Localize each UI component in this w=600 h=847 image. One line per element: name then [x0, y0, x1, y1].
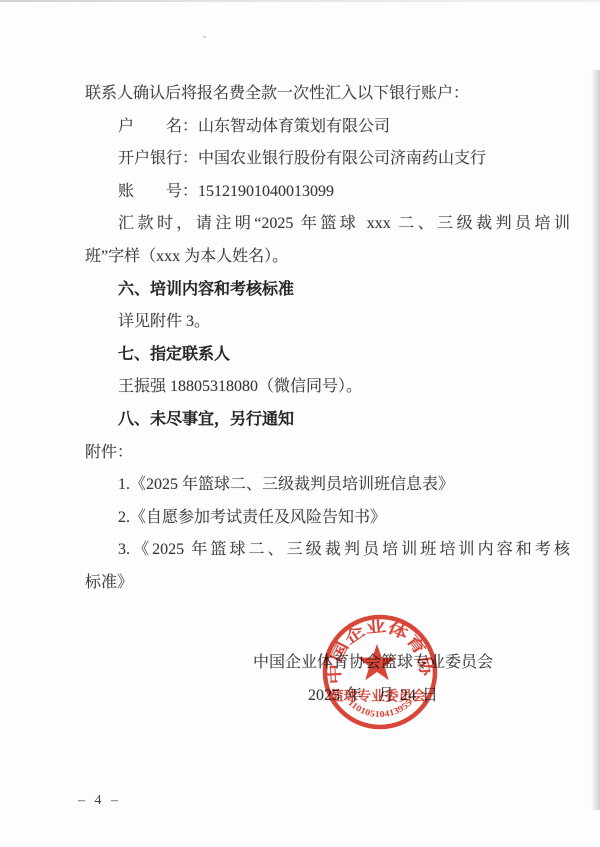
- attachment-item-1: 1.《2025 年篮球二、三级裁判员培训班信息表》: [85, 469, 570, 502]
- bank-transfer-intro: 联系人确认后将报名费全款一次性汇入以下银行账户：: [85, 78, 570, 111]
- page-number: – 4 –: [78, 793, 121, 809]
- bank-name-line: 开户银行：中国农业银行股份有限公司济南药山支行: [85, 143, 570, 176]
- account-number-line: 账 号：15121901040013099: [85, 176, 570, 209]
- scan-right-edge-artifact: [591, 70, 600, 810]
- account-name-line: 户 名：山东智动体育策划有限公司: [85, 111, 570, 144]
- attachment-item-3-line-1: 3.《2025 年篮球二、三级裁判员培训班培训内容和考核: [85, 534, 570, 567]
- remark-line-2: 班”字样（xxx 为本人姓名）。: [85, 241, 570, 274]
- remark-line-1: 汇款时，请注明“2025 年篮球 xxx 二、三级裁判员培训: [85, 208, 570, 241]
- attachment-item-2: 2.《自愿参加考试责任及风险告知书》: [85, 502, 570, 535]
- document-body: 联系人确认后将报名费全款一次性汇入以下银行账户： 户 名：山东智动体育策划有限公…: [85, 78, 570, 600]
- attachments-label: 附件：: [85, 437, 570, 470]
- contact-line: 王振强 18805318080（微信同号）。: [85, 371, 570, 404]
- section-8-heading: 八、未尽事宜，另行通知: [85, 404, 570, 437]
- scanned-document-page: 联系人确认后将报名费全款一次性汇入以下银行账户： 户 名：山东智动体育策划有限公…: [0, 0, 600, 847]
- seal-star-icon: [358, 644, 396, 680]
- seal-inner-text: 篮球专业委员会: [330, 688, 427, 704]
- official-seal: 中国企业体育协会 篮球专业委员会 11010510413955: [320, 612, 440, 732]
- scan-top-edge-artifact: [0, 0, 600, 2]
- scan-speck-artifact: [203, 36, 206, 38]
- section-6-body: 详见附件 3。: [85, 306, 570, 339]
- section-6-heading: 六、培训内容和考核标准: [85, 274, 570, 307]
- attachment-item-3-line-2: 标准》: [85, 567, 570, 600]
- section-7-heading: 七、指定联系人: [85, 339, 570, 372]
